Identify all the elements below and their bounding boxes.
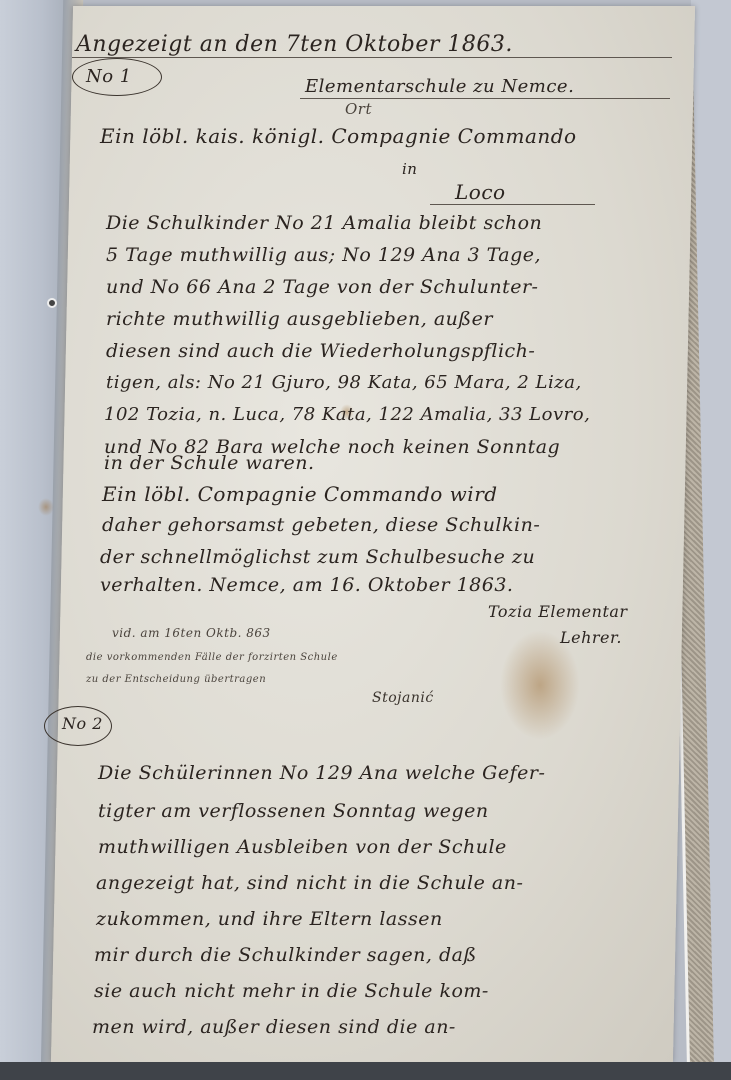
binding-hole-icon [47, 298, 57, 308]
addressee-prefix: in [402, 160, 417, 178]
body-line: mir durch die Schulkinder sagen, daß [94, 944, 477, 966]
body-line: und No 66 Ana 2 Tage von der Schulunter- [106, 276, 538, 298]
page-heading: Angezeigt an den 7ten Oktober 1863. [76, 32, 513, 57]
body-line: Die Schülerinnen No 129 Ana welche Gefer… [98, 762, 545, 784]
sender-rule [300, 98, 670, 99]
marginal-note-line: zu der Entscheidung übertragen [86, 674, 266, 685]
body-line: in der Schule waren. [104, 452, 315, 474]
marginal-signature: Stojanić [372, 690, 434, 706]
body-line: muthwilligen Ausbleiben von der Schule [98, 836, 507, 858]
marginal-note-line: vid. am 16ten Oktb. 863 [112, 626, 271, 640]
body-line: daher gehorsamst gebeten, diese Schulkin… [102, 514, 540, 536]
body-line: Die Schulkinder No 21 Amalia bleibt scho… [106, 212, 542, 234]
bottom-shadow [0, 1062, 731, 1080]
body-line: angezeigt hat, sind nicht in die Schule … [96, 872, 523, 894]
signature-line-1: Tozia Elementar [488, 602, 628, 621]
body-line: men wird, außer diesen sind die an- [92, 1016, 456, 1038]
body-line: 5 Tage muthwillig aus; No 129 Ana 3 Tage… [106, 244, 541, 266]
body-line: diesen sind auch die Wiederholungspflich… [106, 340, 535, 362]
body-line: der schnellmöglichst zum Schulbesuche zu [100, 546, 535, 568]
addressee-location: Loco [455, 180, 506, 204]
marginal-note-line: die vorkommenden Fälle der forzirten Sch… [86, 652, 338, 663]
entry-number: No 1 [86, 66, 132, 87]
body-line: richte muthwillig ausgeblieben, außer [106, 308, 493, 330]
addressee-line: Ein löbl. kais. königl. Compagnie Comman… [100, 124, 577, 148]
entry-number: No 2 [62, 714, 103, 733]
body-line: 102 Tozia, n. Luca, 78 Kata, 122 Amalia,… [104, 404, 590, 425]
location-rule [430, 204, 595, 205]
signature-line-2: Lehrer. [560, 628, 622, 647]
body-line: tigen, als: No 21 Gjuro, 98 Kata, 65 Mar… [106, 372, 582, 393]
body-line: verhalten. Nemce, am 16. Oktober 1863. [100, 574, 513, 596]
rust-stain [38, 498, 54, 516]
heading-rule [72, 57, 672, 58]
body-line: Ein löbl. Compagnie Commando wird [102, 482, 498, 506]
sender-line: Elementarschule zu Nemce. [305, 76, 574, 97]
body-line: zukommen, und ihre Eltern lassen [96, 908, 443, 930]
body-line: sie auch nicht mehr in die Schule kom- [94, 980, 489, 1002]
place-annotation: Ort [345, 100, 372, 118]
body-line: tigter am verflossenen Sonntag wegen [98, 800, 489, 822]
